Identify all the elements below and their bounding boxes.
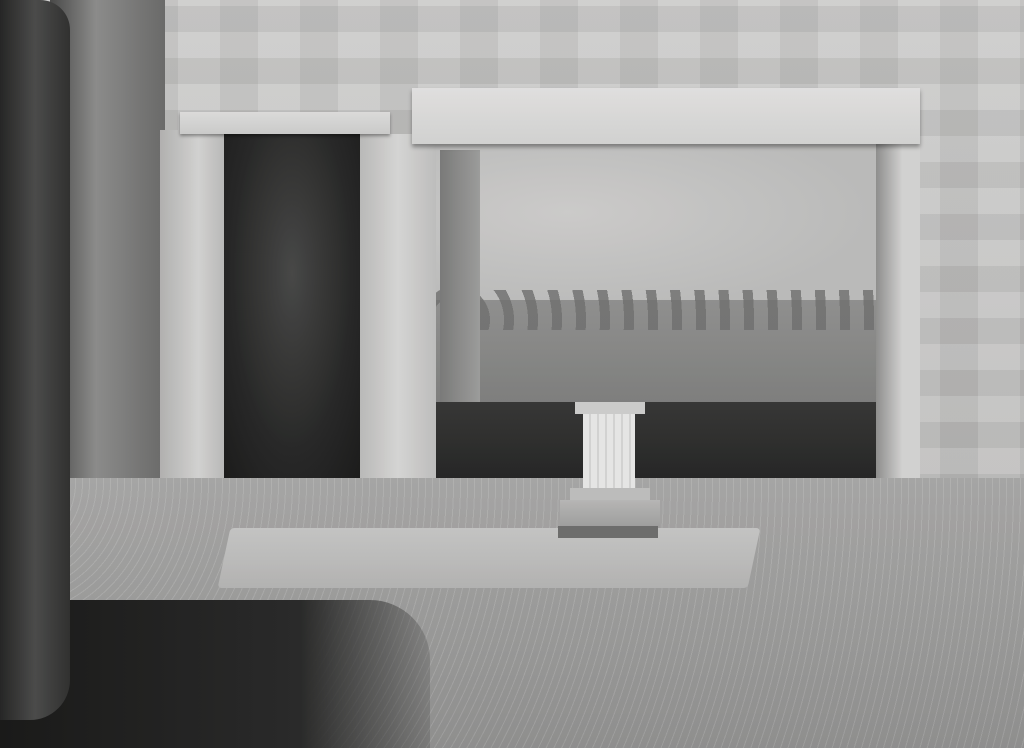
fresco-upper-panel <box>436 144 876 314</box>
dark-plinth-band <box>436 402 876 480</box>
stone-slab <box>218 528 761 588</box>
pillar-left <box>160 130 224 485</box>
lintel-large <box>412 88 920 144</box>
pedestal-foot <box>558 526 658 538</box>
pillar-middle <box>360 134 436 490</box>
pedestal-fluted-shaft <box>583 414 635 490</box>
pedestal-top <box>575 402 645 414</box>
fresco-dark-tree <box>440 150 480 410</box>
pillar-right <box>876 144 920 500</box>
fresco-foliage <box>436 290 876 330</box>
pedestal-base <box>560 500 660 528</box>
pedestal-ring <box>570 488 650 500</box>
photo-border <box>0 748 1024 753</box>
photograph <box>0 0 1024 753</box>
dark-doorway <box>222 134 362 482</box>
lintel-small <box>180 112 390 134</box>
left-tree-trunk <box>0 0 70 720</box>
